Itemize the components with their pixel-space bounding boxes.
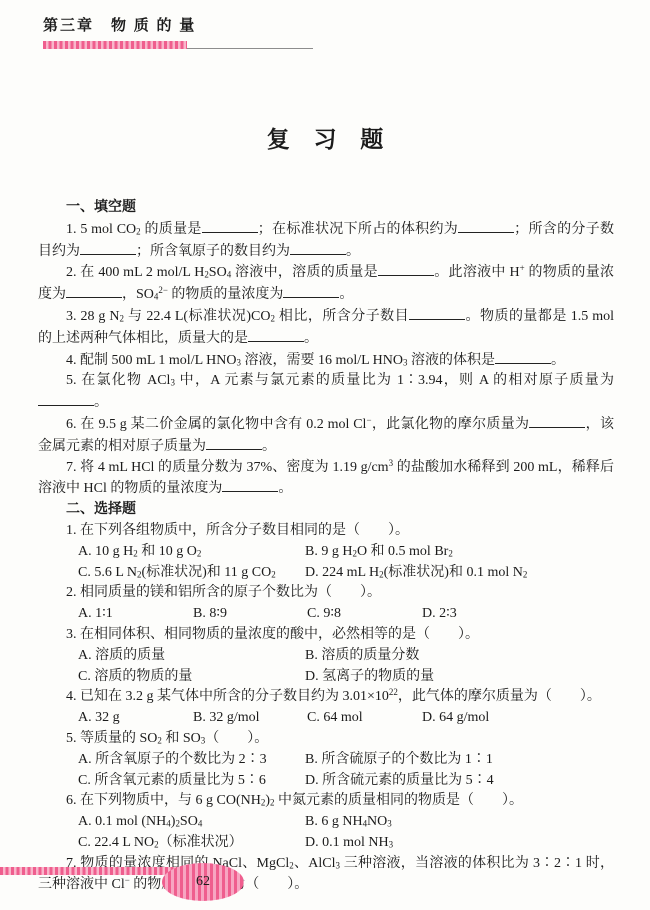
chapter-title: 第三章 物 质 的 量 — [43, 14, 196, 35]
choice-questions: 1. 在下列各组物质中，所含分子数目相同的是（ ）。A. 10 g H2 和 1… — [38, 521, 614, 895]
fill-blank — [202, 219, 258, 233]
section-choice: 二、选择题 1. 在下列各组物质中，所含分子数目相同的是（ ）。A. 10 g … — [38, 500, 614, 895]
choice-option: C. 64 mol — [307, 708, 422, 729]
fill-in-question: 6. 在 9.5 g 某二价金属的氯化物中含有 0.2 mol Cl−，此氯化物… — [38, 414, 614, 458]
fill-blank — [248, 328, 304, 342]
choice-option: A. 32 g — [78, 708, 193, 729]
fill-blank — [206, 436, 262, 450]
section-fill-in: 一、填空题 1. 5 mol CO2 的质量是；在标准状况下所占的体积约为；所含… — [38, 198, 614, 500]
choice-option: C. 5.6 L N2(标准状况)和 11 g CO2 — [78, 563, 305, 584]
choice-question-text: 5. 等质量的 SO2 和 SO3（ ）。 — [38, 729, 614, 750]
choice-question-text: 6. 在下列物质中，与 6 g CO(NH2)2 中氮元素的质量相同的物质是（ … — [38, 791, 614, 812]
choice-question-text: 1. 在下列各组物质中，所含分子数目相同的是（ ）。 — [38, 521, 614, 542]
choice-option: B. 8∶9 — [193, 604, 307, 625]
fill-blank — [38, 392, 94, 406]
fill-in-question: 4. 配制 500 mL 1 mol/L HNO3 溶液，需要 16 mol/L… — [38, 350, 614, 372]
choice-option: C. 22.4 L NO2（标准状况） — [78, 833, 305, 854]
fill-in-questions: 1. 5 mol CO2 的质量是；在标准状况下所占的体积约为；所含的分子数目约… — [38, 219, 614, 500]
choice-option: C. 溶质的物质的量 — [78, 667, 305, 688]
choice-option: D. 224 mL H2(标准状况)和 0.1 mol N2 — [305, 563, 614, 584]
choice-options: A. 1∶1B. 8∶9C. 9∶8D. 2∶3 — [38, 604, 614, 625]
fill-blank — [80, 241, 136, 255]
choice-options: A. 0.1 mol (NH4)2SO4B. 6 g NH4NO3C. 22.4… — [38, 812, 614, 854]
choice-option: C. 9∶8 — [307, 604, 422, 625]
choice-option: A. 0.1 mol (NH4)2SO4 — [78, 812, 305, 833]
fill-blank — [409, 306, 465, 320]
page-title: 复 习 题 — [0, 121, 650, 154]
choice-question-text: 2. 相同质量的镁和铝所含的原子个数比为（ ）。 — [38, 583, 614, 604]
header-stripe-bar — [43, 41, 187, 49]
choice-option: D. 64 g/mol — [422, 708, 614, 729]
choice-option: A. 1∶1 — [78, 604, 193, 625]
choice-option: B. 32 g/mol — [193, 708, 307, 729]
choice-question-text: 4. 已知在 3.2 g 某气体中所含的分子数目约为 3.01×1022，此气体… — [38, 687, 614, 708]
choice-option: B. 所含硫原子的个数比为 1∶1 — [305, 750, 614, 771]
choice-options: A. 所含氧原子的个数比为 2∶3B. 所含硫原子的个数比为 1∶1C. 所含氧… — [38, 750, 614, 792]
choice-option: A. 溶质的质量 — [78, 646, 305, 667]
choice-option: B. 溶质的质量分数 — [305, 646, 614, 667]
fill-blank — [529, 414, 585, 428]
choice-options: A. 32 gB. 32 g/molC. 64 molD. 64 g/mol — [38, 708, 614, 729]
fill-blank — [283, 284, 339, 298]
page-number: 62 — [196, 874, 210, 890]
choice-question-text: 3. 在相同体积、相同物质的量浓度的酸中，必然相等的是（ ）。 — [38, 625, 614, 646]
page-number-badge: 62 — [162, 863, 244, 901]
choice-option: C. 所含氧元素的质量比为 5∶6 — [78, 771, 305, 792]
fill-in-question: 1. 5 mol CO2 的质量是；在标准状况下所占的体积约为；所含的分子数目约… — [38, 219, 614, 263]
fill-blank — [458, 219, 514, 233]
choice-option: D. 氢离子的物质的量 — [305, 667, 614, 688]
choice-option: D. 0.1 mol NH3 — [305, 833, 614, 854]
choice-option: A. 10 g H2 和 10 g O2 — [78, 542, 305, 563]
fill-in-question: 5. 在氯化物 ACl3 中，A 元素与氯元素的质量比为 1∶3.94，则 A … — [38, 371, 614, 414]
fill-blank — [290, 241, 346, 255]
choice-option: B. 9 g H2O 和 0.5 mol Br2 — [305, 542, 614, 563]
choice-options: A. 溶质的质量B. 溶质的质量分数C. 溶质的物质的量D. 氢离子的物质的量 — [38, 646, 614, 688]
fill-blank — [66, 284, 122, 298]
choice-option: B. 6 g NH4NO3 — [305, 812, 614, 833]
textbook-page: 第三章 物 质 的 量 复 习 题 一、填空题 1. 5 mol CO2 的质量… — [0, 0, 650, 910]
fill-blank — [495, 350, 551, 364]
choice-option: A. 所含氧原子的个数比为 2∶3 — [78, 750, 305, 771]
choice-options: A. 10 g H2 和 10 g O2B. 9 g H2O 和 0.5 mol… — [38, 542, 614, 584]
fill-in-question: 7. 将 4 mL HCl 的质量分数为 37%、密度为 1.19 g/cm3 … — [38, 458, 614, 501]
fill-in-question: 2. 在 400 mL 2 mol/L H2SO4 溶液中，溶质的质量是。此溶液… — [38, 262, 614, 306]
section-heading-fill-in: 一、填空题 — [38, 198, 614, 219]
choice-option: D. 2∶3 — [422, 604, 614, 625]
page-body: 一、填空题 1. 5 mol CO2 的质量是；在标准状况下所占的体积约为；所含… — [38, 198, 614, 895]
fill-blank — [222, 478, 278, 492]
section-heading-choice: 二、选择题 — [38, 500, 614, 521]
fill-in-question: 3. 28 g N2 与 22.4 L(标准状况)CO2 相比，所含分子数目。物… — [38, 306, 614, 350]
choice-option: D. 所含硫元素的质量比为 5∶4 — [305, 771, 614, 792]
fill-blank — [378, 262, 434, 276]
